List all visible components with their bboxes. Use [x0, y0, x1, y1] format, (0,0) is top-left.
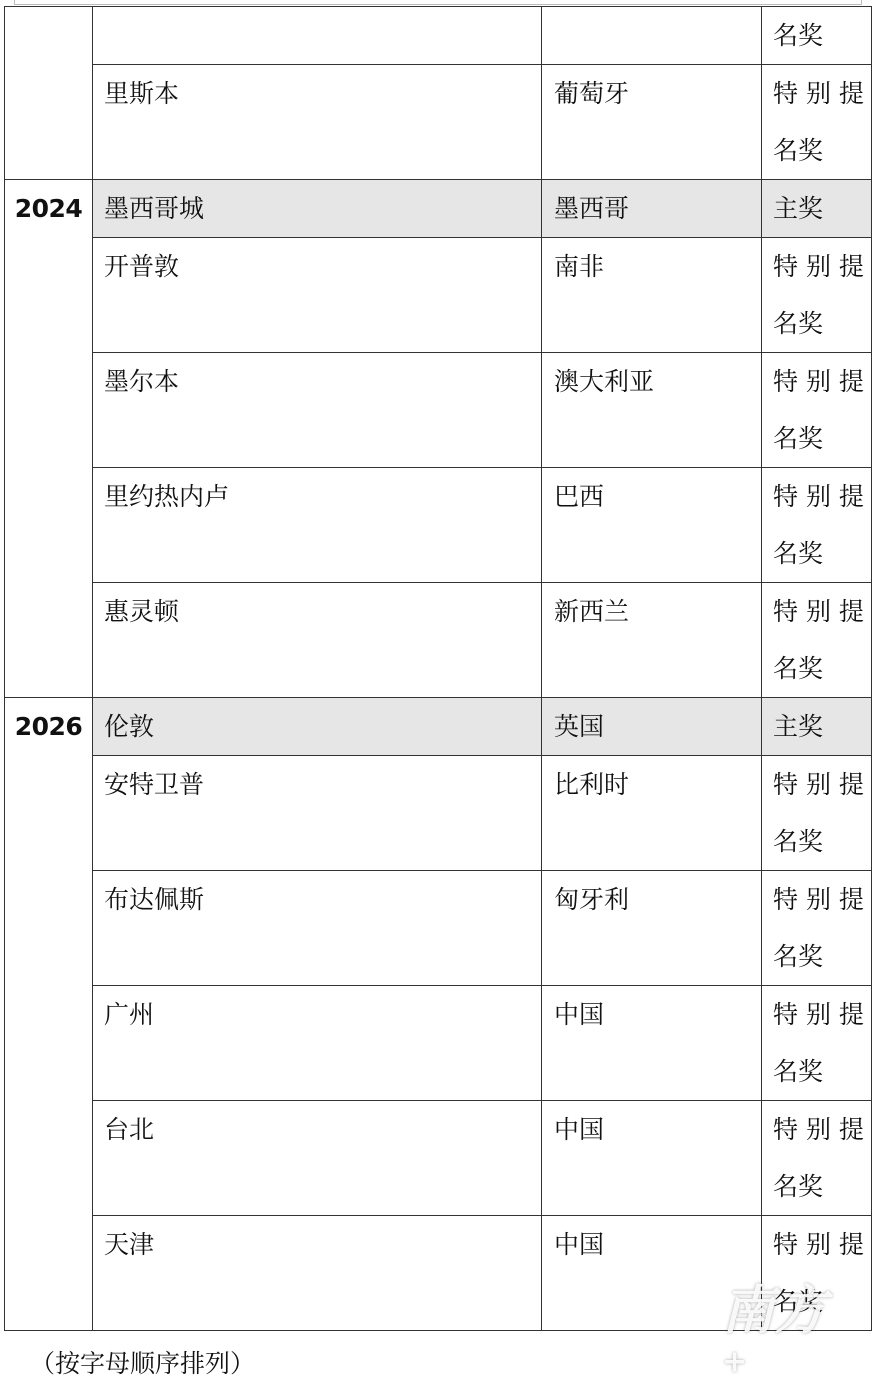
award-cell: 名奖	[762, 7, 872, 65]
table-row: 台北 中国 特 别 提 名奖	[5, 1101, 872, 1216]
city-cell: 墨西哥城	[93, 180, 542, 238]
table-row-main: 2024 墨西哥城 墨西哥 主奖	[5, 180, 872, 238]
city-cell: 广州	[93, 986, 542, 1101]
award-text-line1: 特 别 提	[773, 871, 871, 928]
country-cell	[542, 7, 762, 65]
year-cell: 2024	[5, 180, 93, 698]
city-cell: 布达佩斯	[93, 871, 542, 986]
award-cell: 特 别 提 名奖	[762, 583, 872, 698]
table-row: 墨尔本 澳大利亚 特 别 提 名奖	[5, 353, 872, 468]
city-cell: 安特卫普	[93, 756, 542, 871]
watermark-plus-icon: +	[722, 1345, 747, 1380]
country-cell: 中国	[542, 1101, 762, 1216]
award-cell: 特 别 提 名奖	[762, 756, 872, 871]
award-text-line2: 名奖	[773, 1273, 871, 1330]
country-cell: 葡萄牙	[542, 65, 762, 180]
award-cell: 特 别 提 名奖	[762, 1216, 872, 1331]
award-cell: 特 别 提 名奖	[762, 238, 872, 353]
award-text: 名奖	[773, 21, 823, 50]
award-text-line1: 特 别 提	[773, 986, 871, 1043]
sorting-note: （按字母顺序排列）	[30, 1344, 255, 1384]
award-text-line1: 特 别 提	[773, 1101, 871, 1158]
awards-table: 名奖 里斯本 葡萄牙 特 别 提 名奖 2024 墨西哥城 墨西哥 主奖 开普敦…	[4, 6, 872, 1331]
award-text-line2: 名奖	[773, 1043, 871, 1100]
table-row: 开普敦 南非 特 别 提 名奖	[5, 238, 872, 353]
award-cell: 主奖	[762, 698, 872, 756]
country-cell: 中国	[542, 986, 762, 1101]
award-cell: 特 别 提 名奖	[762, 468, 872, 583]
city-cell: 台北	[93, 1101, 542, 1216]
award-text-line2: 名奖	[773, 525, 871, 582]
award-text-line1: 特 别 提	[773, 468, 871, 525]
table-row: 天津 中国 特 别 提 名奖	[5, 1216, 872, 1331]
year-cell	[5, 7, 93, 180]
country-cell: 中国	[542, 1216, 762, 1331]
award-text-line2: 名奖	[773, 1158, 871, 1215]
country-cell: 匈牙利	[542, 871, 762, 986]
award-text-line2: 名奖	[773, 813, 871, 870]
city-cell	[93, 7, 542, 65]
table-row: 名奖	[5, 7, 872, 65]
city-cell: 墨尔本	[93, 353, 542, 468]
country-cell: 英国	[542, 698, 762, 756]
award-cell: 主奖	[762, 180, 872, 238]
city-cell: 里约热内卢	[93, 468, 542, 583]
country-cell: 澳大利亚	[542, 353, 762, 468]
award-text-line1: 特 别 提	[773, 353, 871, 410]
country-cell: 新西兰	[542, 583, 762, 698]
award-text-line1: 特 别 提	[773, 1216, 871, 1273]
page-top-frame	[14, 0, 862, 5]
award-cell: 特 别 提 名奖	[762, 1101, 872, 1216]
award-text-line1: 特 别 提	[773, 583, 871, 640]
award-text-line1: 特 别 提	[773, 238, 871, 295]
country-cell: 墨西哥	[542, 180, 762, 238]
city-cell: 天津	[93, 1216, 542, 1331]
award-text-line2: 名奖	[773, 928, 871, 985]
country-cell: 巴西	[542, 468, 762, 583]
award-text-line1: 特 别 提	[773, 756, 871, 813]
city-cell: 伦敦	[93, 698, 542, 756]
city-cell: 开普敦	[93, 238, 542, 353]
award-cell: 特 别 提 名奖	[762, 65, 872, 180]
country-cell: 比利时	[542, 756, 762, 871]
award-text-line2: 名奖	[773, 295, 871, 352]
year-cell: 2026	[5, 698, 93, 1331]
award-text-line1: 特 别 提	[773, 65, 871, 122]
table-row: 惠灵顿 新西兰 特 别 提 名奖	[5, 583, 872, 698]
table-row: 安特卫普 比利时 特 别 提 名奖	[5, 756, 872, 871]
table-row-main: 2026 伦敦 英国 主奖	[5, 698, 872, 756]
award-cell: 特 别 提 名奖	[762, 871, 872, 986]
table-row: 里斯本 葡萄牙 特 别 提 名奖	[5, 65, 872, 180]
country-cell: 南非	[542, 238, 762, 353]
city-cell: 里斯本	[93, 65, 542, 180]
award-text-line2: 名奖	[773, 122, 871, 179]
table-row: 广州 中国 特 别 提 名奖	[5, 986, 872, 1101]
table-row: 里约热内卢 巴西 特 别 提 名奖	[5, 468, 872, 583]
award-text-line2: 名奖	[773, 410, 871, 467]
city-cell: 惠灵顿	[93, 583, 542, 698]
award-cell: 特 别 提 名奖	[762, 986, 872, 1101]
award-cell: 特 别 提 名奖	[762, 353, 872, 468]
table-row: 布达佩斯 匈牙利 特 别 提 名奖	[5, 871, 872, 986]
award-text-line2: 名奖	[773, 640, 871, 697]
